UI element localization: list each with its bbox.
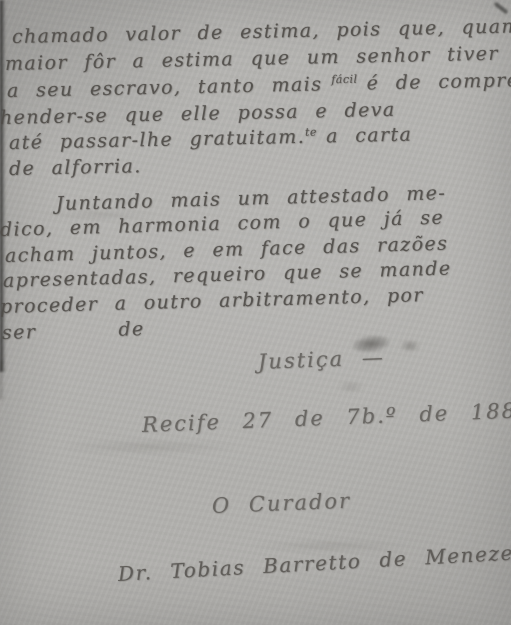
- closing-word: Justiça —: [258, 345, 386, 374]
- corner-ink-mark: [493, 1, 508, 14]
- line-text: é de compre-: [366, 69, 511, 94]
- manuscript-line: de alforria.: [9, 155, 142, 180]
- role-line: O Curador: [212, 489, 352, 518]
- manuscript-line: maior fôr a estima que um senhor tiver: [5, 43, 499, 75]
- line-text: a seu escravo, tanto mais: [7, 73, 323, 102]
- line-text: a carta: [326, 124, 413, 148]
- page-edge-shadow-lower: [0, 360, 3, 400]
- abbreviation-superscript: te: [305, 126, 317, 139]
- dateline: Recife 27 de 7b.º de 1882.: [142, 398, 511, 437]
- manuscript-line: ser de: [2, 318, 145, 344]
- manuscript-page: chamado valor de estima, pois que, quant…: [0, 0, 511, 625]
- ink-smudge: [338, 382, 364, 392]
- line-text: até passar-lhe gratuitam.: [9, 126, 306, 154]
- ink-smudge: [400, 340, 420, 352]
- ink-showthrough: [60, 440, 240, 454]
- manuscript-line: até passar-lhe gratuitam.tea carta: [9, 124, 413, 154]
- interline-insertion: fácil: [331, 73, 358, 87]
- manuscript-line: a seu escravo, tanto maisfácilé de compr…: [7, 69, 511, 102]
